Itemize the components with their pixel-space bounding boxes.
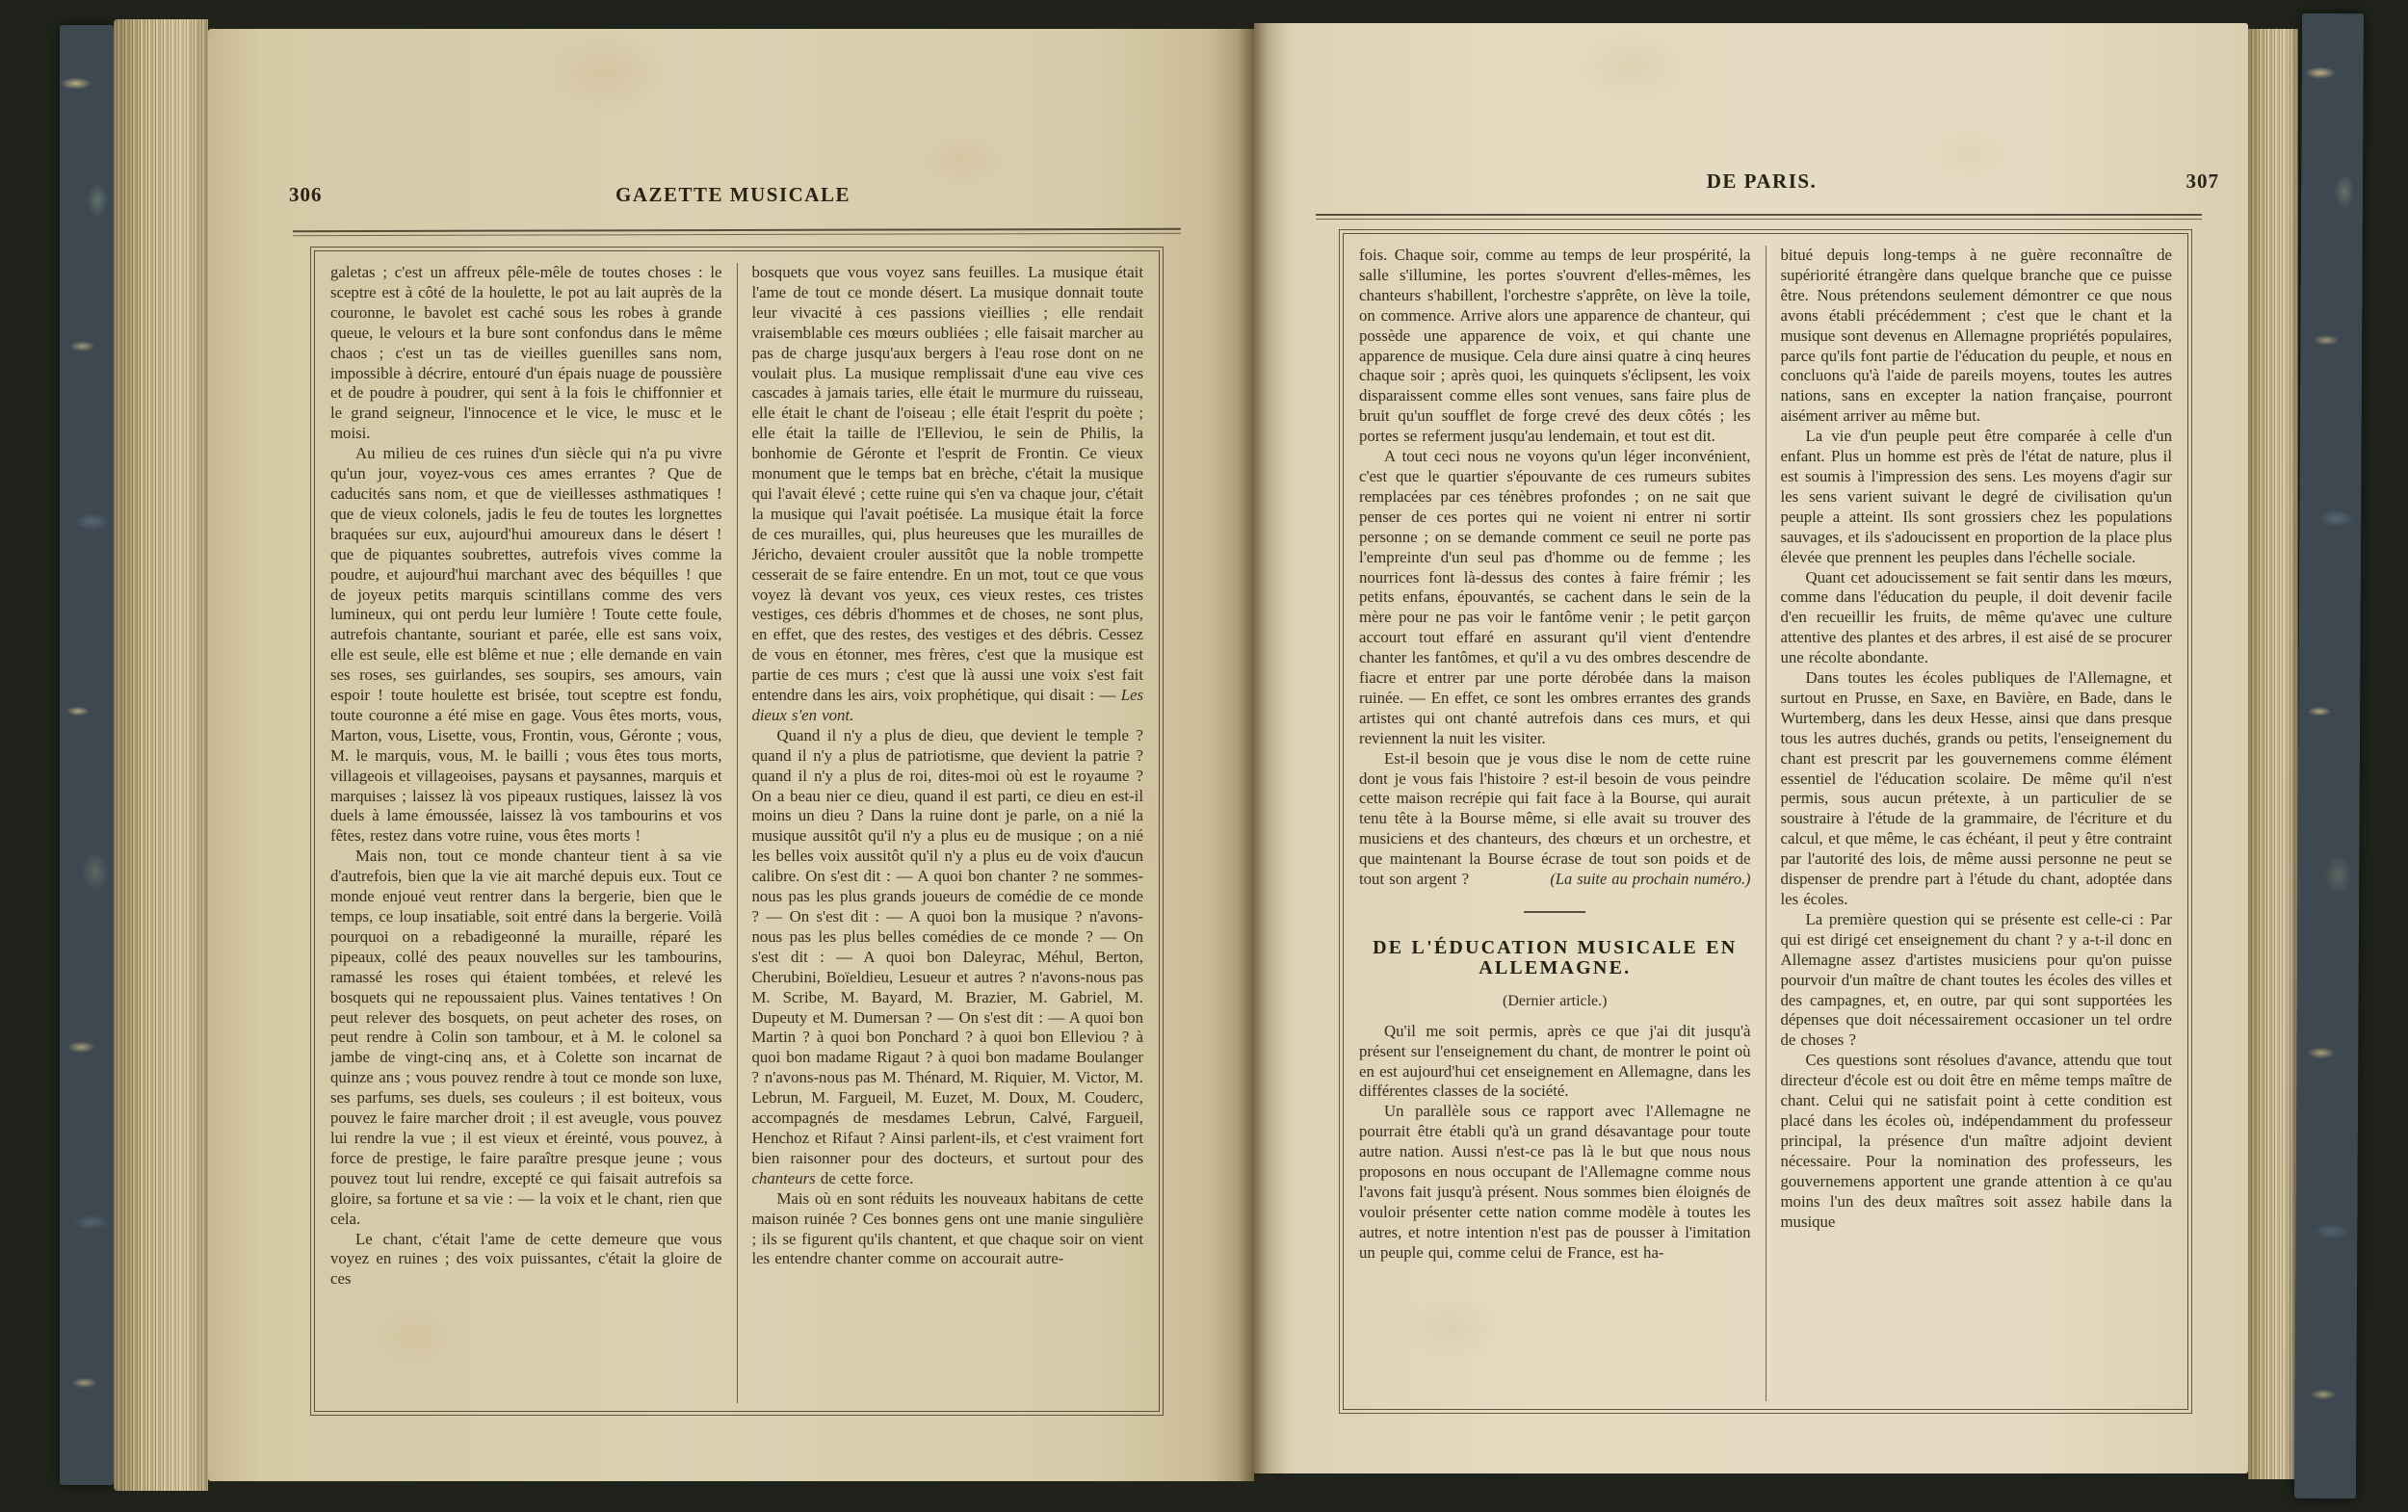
section-divider-rule [1524, 911, 1585, 913]
paragraph: Qu'il me soit permis, après ce que j'ai … [1359, 1022, 1751, 1103]
paragraph: La première question qui se présente est… [1781, 910, 2173, 1051]
continuation-note: (La suite au prochain numéro.) [1531, 870, 1750, 890]
paragraph: Quand il n'y a plus de dieu, que devient… [752, 726, 1144, 1189]
paragraph: La vie d'un peuple peut être comparée à … [1781, 427, 2173, 567]
paragraph: fois. Chaque soir, comme au temps de leu… [1359, 246, 1751, 447]
right-head-rule [1316, 214, 2202, 220]
left-page-edge-stack [114, 19, 208, 1491]
right-page-column-1: fois. Chaque soir, comme au temps de leu… [1359, 246, 1751, 1401]
paragraph: Mais où en sont réduits les nouveaux hab… [752, 1189, 1144, 1270]
paragraph: Le chant, c'était l'ame de cette demeure… [330, 1230, 722, 1290]
right-page-column-2: bitué depuis long-temps à ne guère recon… [1781, 246, 2173, 1401]
left-text-frame-inner: galetas ; c'est un affreux pêle-mêle de … [314, 250, 1160, 1412]
left-text-frame: galetas ; c'est un affreux pêle-mêle de … [310, 247, 1164, 1416]
right-marbled-cover-board [2294, 13, 2364, 1499]
article-heading: DE L'ÉDUCATION MUSICALE EN ALLEMAGNE. [1359, 938, 1751, 978]
right-running-head: DE PARIS. 307 [1339, 169, 2185, 198]
left-page-column-1: galetas ; c'est un affreux pêle-mêle de … [330, 263, 722, 1403]
paragraph: bosquets que vous voyez sans feuilles. L… [752, 263, 1144, 726]
left-column-divider [737, 263, 738, 1403]
paragraph: Au milieu de ces ruines d'un siècle qui … [330, 444, 722, 847]
paragraph: galetas ; c'est un affreux pêle-mêle de … [330, 263, 722, 444]
paragraph: bitué depuis long-temps à ne guère recon… [1781, 246, 2173, 427]
right-page: DE PARIS. 307 fois. Chaque soir, comme a… [1254, 23, 2248, 1473]
paragraph: Dans toutes les écoles publiques de l'Al… [1781, 668, 2173, 910]
paragraph: Est-il besoin que je vous dise le nom de… [1359, 749, 1751, 890]
left-running-title: GAZETTE MUSICALE [310, 183, 1156, 207]
paragraph: Ces questions sont résolues d'avance, at… [1781, 1051, 2173, 1232]
left-head-rule [293, 228, 1181, 236]
paragraph: A tout ceci nous ne voyons qu'un léger i… [1359, 447, 1751, 749]
article-subheading: (Dernier article.) [1359, 992, 1751, 1012]
paragraph: Quant cet adoucissement se fait sentir d… [1781, 568, 2173, 669]
book-spread: 306 GAZETTE MUSICALE galetas ; c'est un … [0, 0, 2408, 1512]
right-column-divider [1766, 246, 1767, 1401]
paragraph: Un parallèle sous ce rapport avec l'Alle… [1359, 1102, 1751, 1263]
right-running-title: DE PARIS. [1339, 169, 2185, 194]
left-page-column-2: bosquets que vous voyez sans feuilles. L… [752, 263, 1144, 1403]
right-folio-number: 307 [2186, 169, 2220, 194]
left-running-head: 306 GAZETTE MUSICALE [310, 183, 1156, 212]
right-text-frame-inner: fois. Chaque soir, comme au temps de leu… [1343, 233, 2188, 1410]
left-page: 306 GAZETTE MUSICALE galetas ; c'est un … [208, 29, 1254, 1481]
left-marbled-cover-board [60, 25, 114, 1485]
paragraph: Mais non, tout ce monde chanteur tient à… [330, 847, 722, 1229]
right-page-edge-stack [2248, 29, 2298, 1479]
right-text-frame: fois. Chaque soir, comme au temps de leu… [1339, 229, 2192, 1414]
